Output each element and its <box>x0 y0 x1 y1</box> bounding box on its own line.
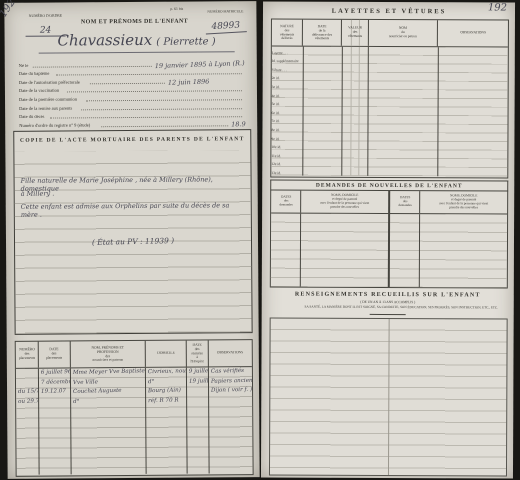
field-label: Date de l'autorisation préfectorale <box>19 81 80 86</box>
field-label: Numéro d'ordre du registre n° 9 (étude) <box>19 124 90 129</box>
cell: réf. R 70 R <box>146 397 187 407</box>
layette-row-label: 2e id. <box>272 77 280 81</box>
layette-row-label: 7e id. <box>272 120 280 124</box>
demandes-noms-column <box>419 214 507 287</box>
renseignements-subtitle-age: ( DE UN AN À 13 ANS ACCOMPLIS ) <box>302 301 473 305</box>
field-row-registre: Numéro d'ordre du registre n° 9 (étude) … <box>19 118 249 128</box>
col-header-date-placement: DATE des placements <box>46 348 62 361</box>
layettes-observations-column <box>437 47 508 176</box>
demandes-noms-column <box>300 214 388 287</box>
acte-mortuaire-title: COPIE DE L'ACTE MORTUAIRE DES PARENTS DE… <box>14 136 250 144</box>
placements-col-domicile: Civrieux, nour. d° Bourg (Ain) réf. R 70… <box>145 368 187 474</box>
cell: ou 29.7.09 <box>16 398 38 408</box>
cell <box>187 387 208 397</box>
dotted-leader <box>86 94 242 101</box>
corner-reference-note: p. 61 bis <box>170 8 183 12</box>
col-header-observations: OBSERVATIONS <box>460 31 486 35</box>
demandes-dates-column <box>271 213 300 286</box>
renseignements-ruled-area <box>269 317 508 476</box>
field-label: Né le <box>19 64 29 69</box>
layettes-nom-column <box>368 47 438 176</box>
cell: 19.12.07 <box>39 388 70 398</box>
col-header-domicile: DOMICILE <box>157 352 175 356</box>
field-label: Date du baptême <box>19 72 50 77</box>
dotted-leader <box>56 68 242 75</box>
renseignements-subtitle-detail: SA SANTÉ, LA MANIÈRE DONT IL EST SOIGNÉ,… <box>305 306 471 310</box>
cell: Civrieux, nour. <box>146 368 187 378</box>
acte-handwritten-line: Cette enfant est admise aux Orphelins pa… <box>21 201 245 219</box>
placements-table-body: du 15/7/08 ou 29.7.09 6 juillet 96 7 déc… <box>16 367 253 475</box>
demandes-table-body <box>271 213 507 287</box>
layettes-date-column <box>302 47 342 176</box>
dotted-leader <box>81 103 242 110</box>
layettes-table-body: Layette . . . Id. supplémentaire Vêture … <box>271 46 508 176</box>
layette-row-label: 3e id. <box>272 86 280 90</box>
cell <box>16 379 38 389</box>
placements-col-nom: Mme Meyer Vve Baptiste Vve Ville Couchet… <box>70 368 146 475</box>
ruled-lines: Fille naturelle de Marie Joséphine , née… <box>14 150 251 334</box>
placements-col-rentree: 9 juillet 96 19 juillet 98 <box>186 367 209 473</box>
cell: 6 juillet 96 <box>39 369 70 379</box>
divider-rule <box>370 314 406 315</box>
register-left-page: 192 p. 61 bis NUMÉRO D'ORDRE 24 NOM ET P… <box>4 1 259 479</box>
child-firstname: ( Pierrette ) <box>156 36 216 47</box>
layettes-valeur-column <box>341 47 368 176</box>
demandes-table: DATES des demandes NOMS, DOMICILE et deg… <box>270 189 508 288</box>
dotted-leader <box>32 60 152 67</box>
col-header-date-rentree: DATE des rentrées à l'Hospice <box>190 343 205 364</box>
layette-row-label: Vêture . . . <box>272 69 287 73</box>
layette-row-label: 11e id. <box>271 155 281 159</box>
cell <box>187 397 208 407</box>
acte-handwritten-line: à Millery . <box>21 188 245 198</box>
col-header-dates: DATES des demandes <box>398 196 411 208</box>
col-header-valeur: VALEUR des vêtements <box>348 27 362 39</box>
placements-table-header: NUMÉRO des placements DATE des placement… <box>16 340 252 369</box>
placements-col-date: 6 juillet 96 7 décembre 96 19.12.07 <box>38 368 71 474</box>
cell: d° <box>71 397 145 408</box>
demandes-table-header: DATES des demandes NOMS, DOMICILE et deg… <box>271 190 507 214</box>
demandes-dates-column <box>388 214 419 287</box>
placements-col-observations: Cas vérifiés Papiers anciens Dijon ( voi… <box>208 367 252 473</box>
cell: Bourg (Ain) <box>146 387 187 397</box>
layette-row-label: 6e id. <box>272 112 280 116</box>
dotted-leader <box>101 120 228 127</box>
field-label: Date de la première communion <box>19 98 77 103</box>
demandes-title: DEMANDES DE NOUVELLES DE L'ENFANT <box>316 183 463 190</box>
col-header-numero: NUMÉRO des placements <box>19 348 35 361</box>
col-header-nom-profession: NOM, PRÉNOMS ET PROFESSION des nourricie… <box>81 346 134 363</box>
cell: du 15/7/08 <box>16 388 38 398</box>
col-header-observations: OBSERVATIONS <box>217 351 243 355</box>
cell: 19 juillet 98 <box>187 378 208 388</box>
layette-row-label: Layette . . . <box>272 51 288 55</box>
col-header-noms-domicile: NOMS, DOMICILE et degré de parenté avec … <box>435 194 492 210</box>
col-header-nom: NOM du nourricier ou patron <box>389 27 417 39</box>
field-value: 18.9 <box>231 120 250 129</box>
dotted-leader <box>66 86 241 93</box>
layette-row-label: 12e id. <box>271 163 281 167</box>
field-label: Date de la vaccination <box>19 89 59 94</box>
layettes-table: NATURE des vêtements délivrés DATE de la… <box>270 18 509 178</box>
page-title: NOM ET PRÉNOMS DE L'ENFANT <box>70 19 198 26</box>
layette-row-label: 13e id. <box>271 172 281 176</box>
cell: Dijon ( voir f. ) <box>209 387 252 398</box>
margin-page-number: 192 <box>0 0 18 19</box>
cell <box>209 396 252 407</box>
cell <box>39 398 70 408</box>
layette-row-label: Id. supplémentaire <box>272 60 299 64</box>
child-name: Chavassieux ( Pierrette ) <box>39 30 235 53</box>
col-header-noms-domicile: NOMS, DOMICILE et degré de parenté avec … <box>316 194 373 210</box>
layette-row-label: 8e id. <box>271 129 279 133</box>
cell: Cas vérifiés <box>209 368 252 379</box>
order-number-label: NUMÉRO D'ORDRE <box>24 14 68 18</box>
cell <box>16 369 38 379</box>
register-right-page: 192 LAYETTES ET VÊTURES NATURE des vêtem… <box>261 1 515 478</box>
field-label: Date du décès <box>19 115 44 120</box>
placements-col-numero: du 15/7/08 ou 29.7.09 <box>16 369 39 475</box>
acte-mortuaire-box: COPIE DE L'ACTE MORTUAIRE DES PARENTS DE… <box>13 129 252 335</box>
child-surname: Chavassieux <box>57 31 152 50</box>
cell: 9 juillet 96 <box>187 368 208 378</box>
placements-table: NUMÉRO des placements DATE des placement… <box>15 339 254 477</box>
layette-row-label: 5e id. <box>272 103 280 107</box>
field-label: Date de la remise aux parents <box>19 106 72 111</box>
dotted-leader <box>90 78 165 85</box>
col-header-dates: DATES des demandes <box>279 196 292 208</box>
acte-reference-note: ( État au PV : 11939 ) <box>15 234 251 249</box>
layette-row-label: 10e id. <box>271 146 281 150</box>
identity-fields: Né le 19 janvier 1895 à Lyon (R.) Date d… <box>19 58 249 128</box>
layettes-title: LAYETTES ET VÊTURES <box>263 7 515 15</box>
matricule-label: NUMÉRO MATRICULE <box>206 10 244 14</box>
layette-row-label: 9e id. <box>271 137 279 141</box>
layettes-nature-column: Layette . . . Id. supplémentaire Vêture … <box>271 46 302 175</box>
layette-row-label: 4e id. <box>272 94 280 98</box>
layettes-table-header: NATURE des vêtements délivrés DATE de la… <box>272 19 508 47</box>
col-header-nature: NATURE des vêtements délivrés <box>276 24 297 40</box>
col-header-date-delivrance: DATE de la délivrance des vêtements <box>309 25 336 41</box>
renseignements-title: RENSEIGNEMENTS RECUEILLIS SUR L'ENFANT <box>262 291 514 298</box>
